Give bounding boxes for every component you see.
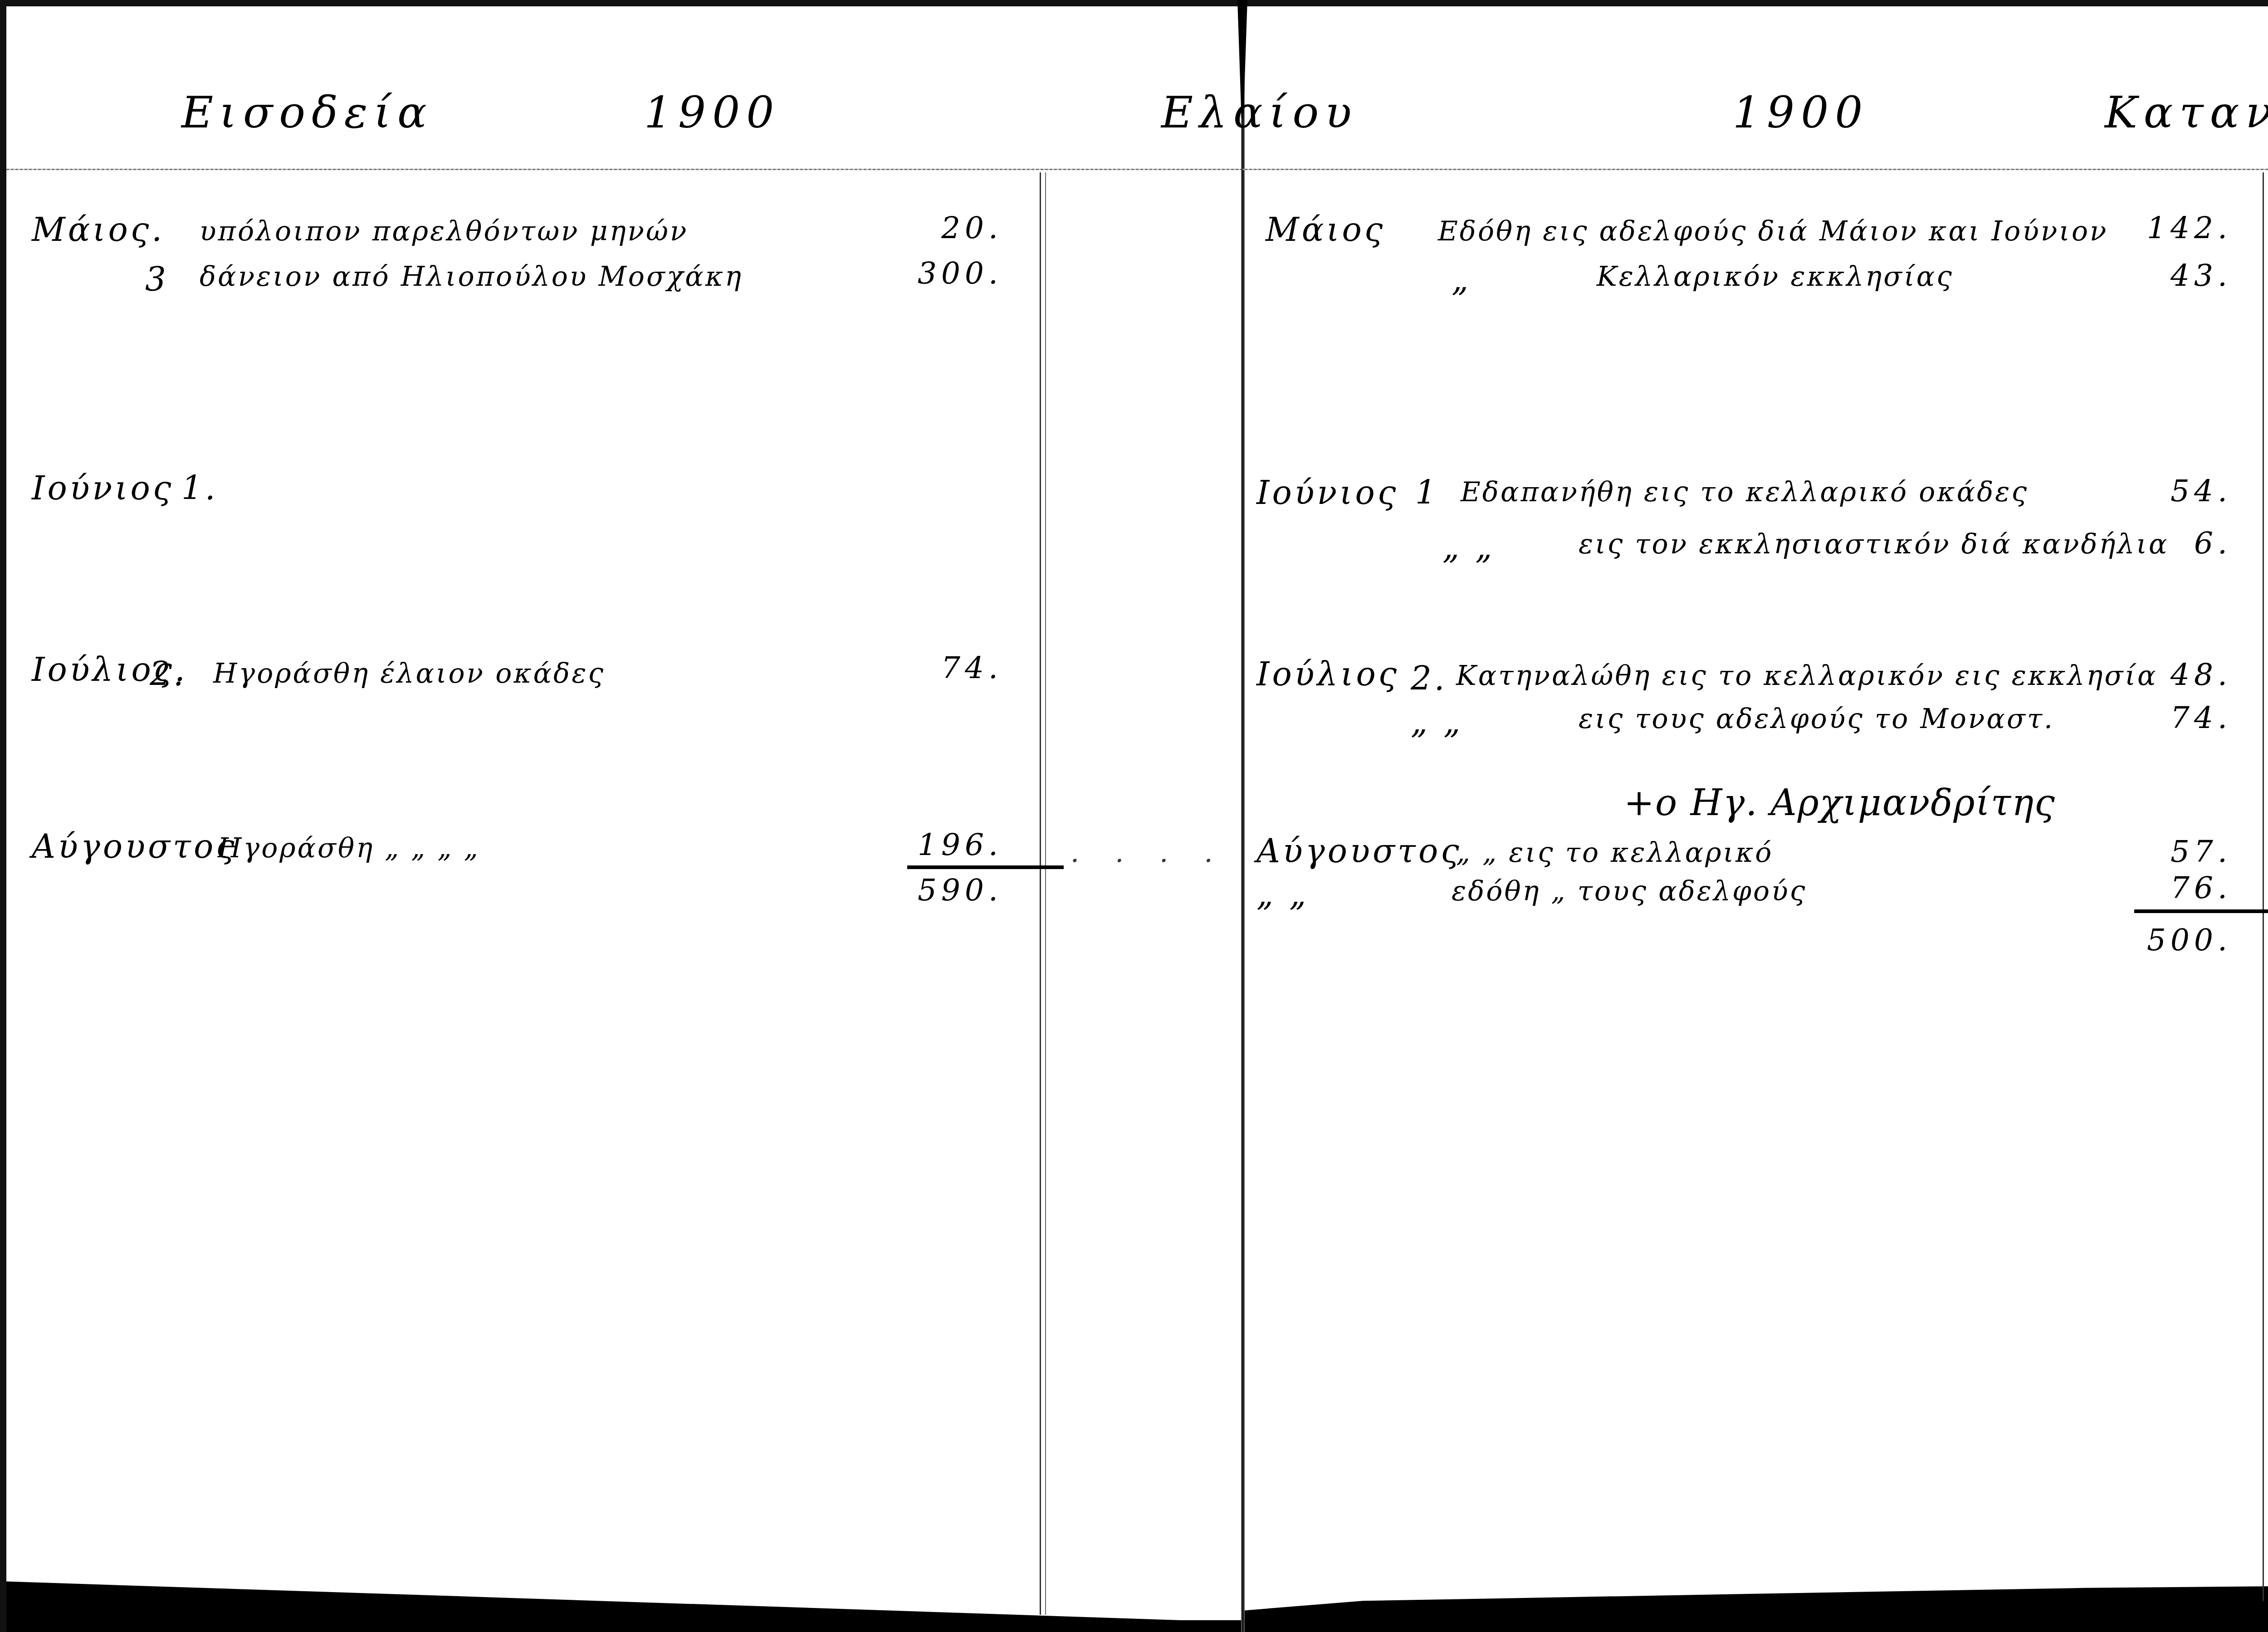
consumption-description: Εδόθη εις αδελφούς διά Μάιον και Ιούνιον: [1438, 218, 2108, 245]
income-description: Ηγοράσθη „ „ „ „: [218, 835, 480, 862]
consumption-day: „ „: [1256, 878, 1309, 910]
book-gutter: [1241, 0, 1245, 1632]
income-month: Μάιος.: [32, 213, 165, 246]
header-consumption-year: 1900: [1733, 91, 1869, 134]
consumption-day: 2.: [1411, 662, 1447, 695]
income-day: 3: [145, 263, 169, 296]
consumption-description: Κελλαρικόν εκκλησίας: [1597, 263, 1954, 290]
income-sum-line: [907, 865, 1064, 869]
consumption-amount: 76.: [2114, 873, 2232, 903]
top-page-edge: [0, 0, 2268, 6]
consumption-amount-column-rule: [2263, 172, 2264, 1601]
income-description: δάνειον από Ηλιοπούλου Μοσχάκη: [200, 263, 743, 290]
consumption-day: „ „: [1411, 705, 1463, 738]
consumption-description: εις τους αδελφούς το Μοναστ.: [1579, 705, 2054, 733]
left-page-edge: [0, 0, 6, 1632]
scanned-ledger-spread: 8 Εισοδεία 1900 Ελαίου 1900 Κατανάλωσις …: [0, 0, 2268, 1632]
consumption-day: 1: [1415, 476, 1439, 509]
header-rule: [6, 169, 2268, 170]
consumption-amount: 74.: [2114, 703, 2232, 733]
consumption-day: „ „: [1442, 531, 1495, 563]
income-amount-column-rule: [1040, 172, 1041, 1615]
income-description: υπόλοιπον παρελθόντων μηνών: [200, 218, 688, 245]
consumption-description: εις τον εκκλησιαστικόν διά κανδήλια: [1579, 531, 2169, 558]
income-description: Ηγοράσθη έλαιον οκάδες: [213, 660, 605, 687]
consumption-amount: 57.: [2114, 837, 2232, 867]
header-income-year: 1900: [644, 91, 780, 134]
consumption-sum-line: [2134, 909, 2268, 913]
consumption-amount: 142.: [2114, 213, 2232, 243]
income-amount: 74.: [889, 653, 1002, 683]
income-amount: 300.: [889, 259, 1002, 288]
left-page-income: [6, 5, 1243, 1620]
header-income-title: Εισοδεία: [181, 91, 433, 134]
consumption-amount: 54.: [2114, 476, 2232, 506]
consumption-amount: 6.: [2114, 528, 2232, 558]
consumption-description: Εδαπανήθη εις το κελλαρικό οκάδες: [1461, 479, 2028, 506]
income-day: 2.: [150, 658, 186, 690]
consumption-amount: 48.: [2114, 660, 2232, 690]
consumption-total: 500.: [2114, 925, 2232, 955]
signature: +ο Ηγ. Αρχιμανδρίτης: [1624, 785, 2056, 821]
income-month: Αύγουστος: [32, 830, 237, 863]
income-amount-column-rule-2: [1045, 172, 1046, 1615]
income-amount: 196.: [889, 830, 1002, 860]
consumption-description: „ „ εις το κελλαρικό: [1456, 839, 1773, 866]
income-day: 1.: [181, 472, 218, 504]
consumption-description: εδόθη „ τους αδελφούς: [1452, 878, 1807, 905]
consumption-description: Κατηναλώθη εις το κελλαρικόν εις εκκλησί…: [1456, 662, 2158, 689]
header-consumption-title: Κατανάλωσις: [2105, 91, 2268, 134]
leader-dots: . . . .: [1070, 839, 1227, 866]
consumption-day: „: [1452, 263, 1471, 296]
income-month: Ιούνιος: [32, 472, 174, 504]
consumption-amount: 43.: [2114, 261, 2232, 291]
header-center-title: Ελαίου: [1161, 91, 1358, 134]
consumption-month: Ιούνιος: [1256, 476, 1398, 509]
consumption-month: Αύγουστος: [1256, 835, 1462, 867]
income-total: 590.: [889, 875, 1002, 905]
consumption-month: Μάιος: [1266, 213, 1385, 246]
income-amount: 20.: [889, 213, 1002, 243]
consumption-month: Ιούλιος: [1256, 658, 1399, 690]
